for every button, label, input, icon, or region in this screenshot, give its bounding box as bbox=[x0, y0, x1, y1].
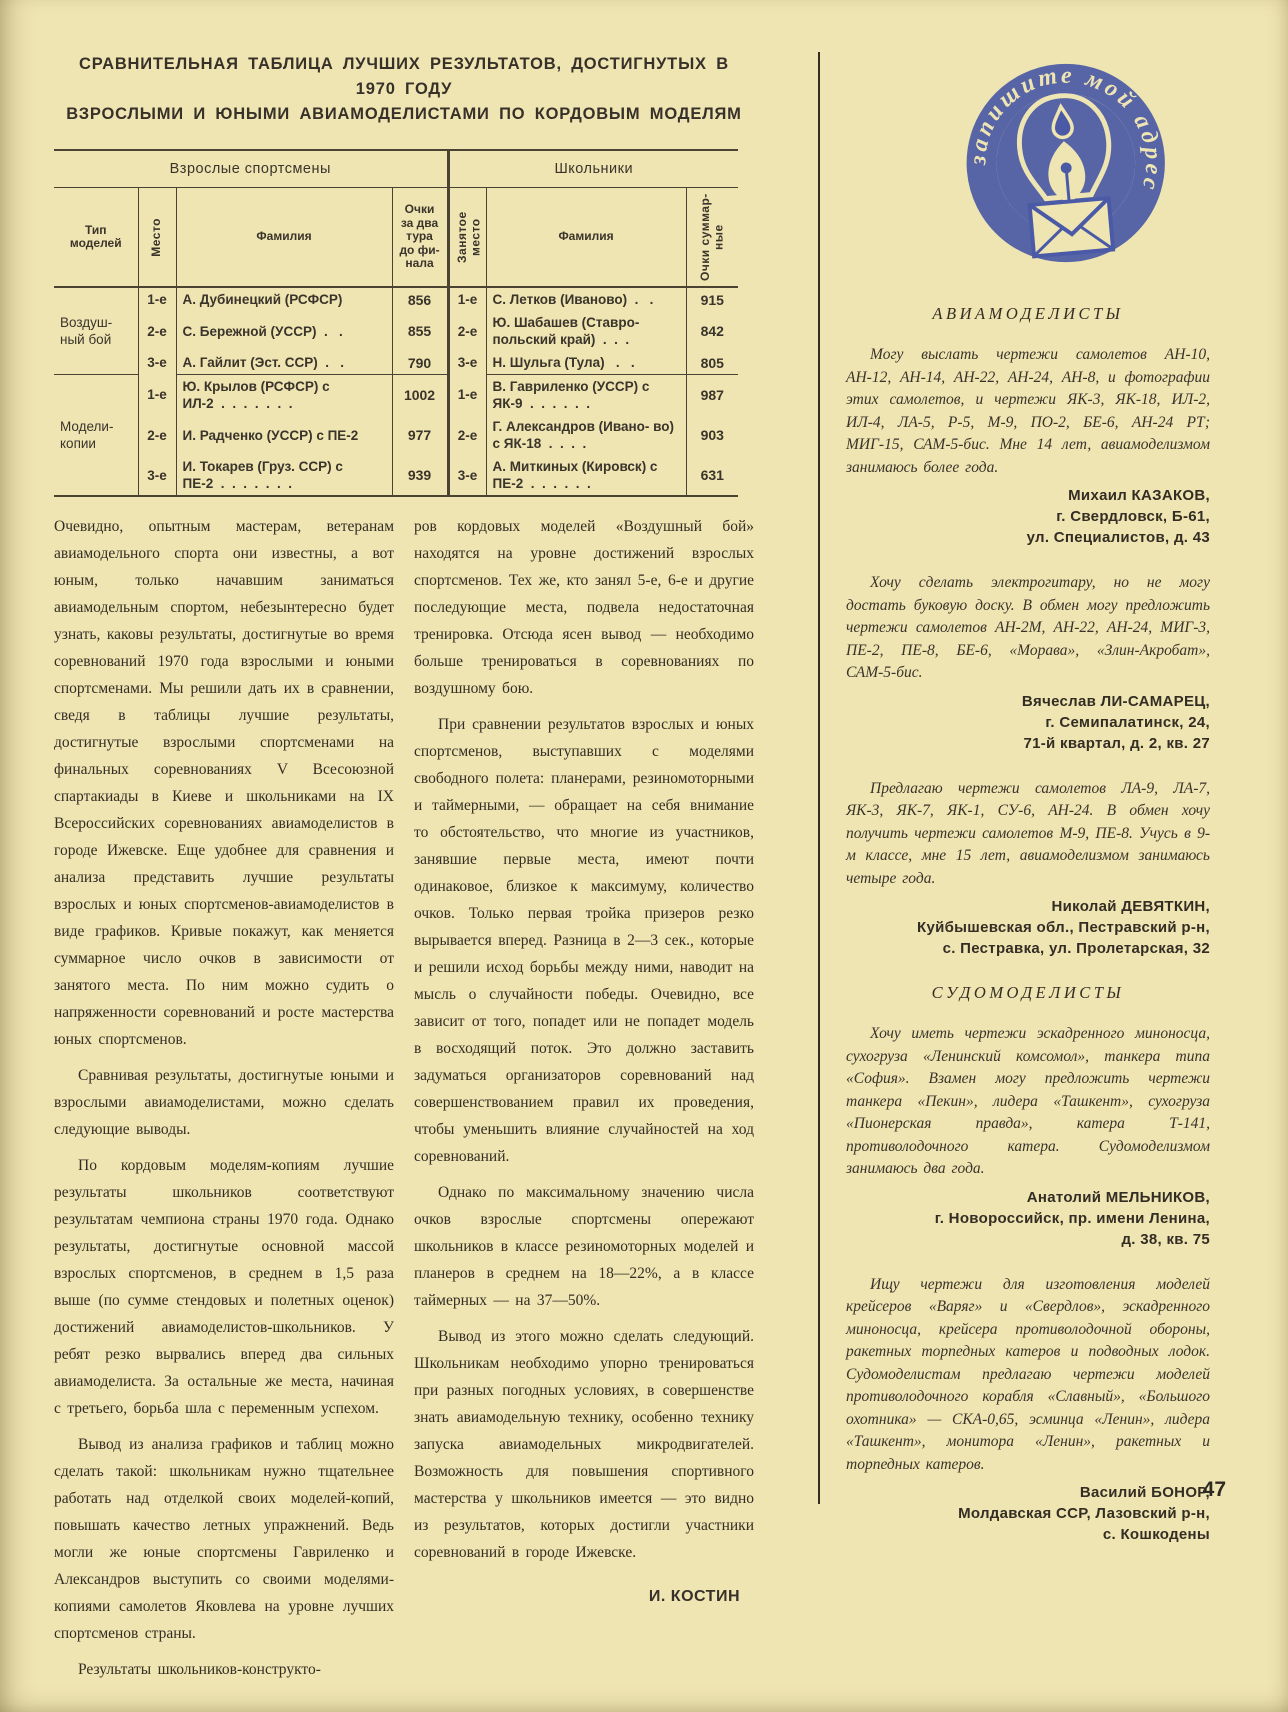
cell-school-score: 631 bbox=[686, 455, 738, 496]
ad-signature-address: 71-й квартал, д. 2, кв. 27 bbox=[846, 733, 1210, 754]
cell-adult-score: 855 bbox=[392, 311, 448, 351]
main-article-zone: СРАВНИТЕЛЬНАЯ ТАБЛИЦА ЛУЧШИХ РЕЗУЛЬТАТОВ… bbox=[54, 52, 754, 1692]
ad-signature-address: г. Семипалатинск, 24, bbox=[846, 712, 1210, 733]
ad-signature-address: г. Свердловск, Б-61, bbox=[846, 506, 1210, 527]
ad-signature-name: Михаил КАЗАКОВ, bbox=[846, 485, 1210, 506]
cell-place: 1-е bbox=[138, 375, 176, 416]
cell-school-place: 2-е bbox=[448, 311, 486, 351]
article-paragraph: Результаты школьников-конструкто- bbox=[54, 1656, 394, 1683]
cell-place: 2-е bbox=[138, 415, 176, 455]
cell-school-name: А. Миткиных (Кировск) с ПЕ-2 . . . . . . bbox=[486, 455, 686, 496]
col-header-surname-adults: Фамилия bbox=[176, 188, 392, 288]
article-paragraph: При сравнении результатов взрослых и юны… bbox=[414, 711, 754, 1170]
cell-adult-score: 977 bbox=[392, 415, 448, 455]
cell-school-place: 2-е bbox=[448, 415, 486, 455]
table-row: 3-е А. Гайлит (Эст. ССР) . . 790 3-е Н. … bbox=[54, 351, 738, 375]
ad-signature-address: с. Пестравка, ул. Пролетарская, 32 bbox=[846, 938, 1210, 959]
col-header-score-school: Очки суммар- ные bbox=[686, 188, 738, 288]
table-row: 2-е И. Радченко (УССР) с ПЕ-2 977 2-е Г.… bbox=[54, 415, 738, 455]
table-row: Воздуш- ный бой 1-е А. Дубинецкий (РСФСР… bbox=[54, 287, 738, 311]
cell-school-score: 915 bbox=[686, 287, 738, 311]
ad-signature-address: с. Кошкодены bbox=[846, 1524, 1210, 1545]
cell-school-place: 1-е bbox=[448, 287, 486, 311]
col-header-score-adults: Очки за два тура до фи- нала bbox=[392, 188, 448, 288]
ad-signature: Вячеслав ЛИ-САМАРЕЦ, г. Семипалатинск, 2… bbox=[846, 691, 1210, 754]
cell-adult-score: 856 bbox=[392, 287, 448, 311]
article-paragraph: Вывод из анализа графиков и таблиц можно… bbox=[54, 1431, 394, 1647]
cell-adult-name: А. Гайлит (Эст. ССР) . . bbox=[176, 351, 392, 375]
cell-school-name: Ю. Шабашев (Ставро- польский край) . . . bbox=[486, 311, 686, 351]
cell-place: 3-е bbox=[138, 455, 176, 496]
article-paragraph: Сравнивая результаты, достигнутые юными … bbox=[54, 1062, 394, 1143]
cell-place: 2-е bbox=[138, 311, 176, 351]
cell-adult-name: С. Бережной (УССР) . . bbox=[176, 311, 392, 351]
ad-signature-address: ул. Специалистов, д. 43 bbox=[846, 527, 1210, 548]
section-heading-aviamodelists: АВИАМОДЕЛИСТЫ bbox=[846, 304, 1210, 324]
ad-signature-name: Николай ДЕВЯТКИН, bbox=[846, 896, 1210, 917]
table-row: 3-е И. Токарев (Груз. ССР) с ПЕ-2 . . . … bbox=[54, 455, 738, 496]
group-header-adults: Взрослые спортсмены bbox=[54, 150, 448, 188]
table-title: СРАВНИТЕЛЬНАЯ ТАБЛИЦА ЛУЧШИХ РЕЗУЛЬТАТОВ… bbox=[64, 52, 744, 127]
cell-school-score: 903 bbox=[686, 415, 738, 455]
ad-signature-address: Молдавская ССР, Лазовский р-н, bbox=[846, 1503, 1210, 1524]
cell-place: 1-е bbox=[138, 287, 176, 311]
ad-signature: Анатолий МЕЛЬНИКОВ, г. Новороссийск, пр.… bbox=[846, 1187, 1210, 1250]
col-header-place: Место bbox=[138, 188, 176, 288]
cell-adult-score: 1002 bbox=[392, 375, 448, 416]
col-header-place-school: Занятое место bbox=[448, 188, 486, 288]
page-columns: СРАВНИТЕЛЬНАЯ ТАБЛИЦА ЛУЧШИХ РЕЗУЛЬТАТОВ… bbox=[54, 52, 1234, 1692]
ad-signature-address: г. Новороссийск, пр. имени Ленина, bbox=[846, 1208, 1210, 1229]
classifieds-zone: запишите мой адрес АВИАМОДЕЛИСТЫ Могу вы… bbox=[818, 52, 1210, 1504]
col-header-surname-school: Фамилия bbox=[486, 188, 686, 288]
envelope-icon bbox=[1030, 198, 1113, 256]
cell-adult-name: А. Дубинецкий (РСФСР) bbox=[176, 287, 392, 311]
ad-signature-name: Василий БОНОР, bbox=[846, 1482, 1210, 1503]
cell-model-type: Модели- копии bbox=[54, 375, 138, 497]
ad-signature-name: Анатолий МЕЛЬНИКОВ, bbox=[846, 1187, 1210, 1208]
article-column-middle: ров кордовых моделей «Воздушный бой» нах… bbox=[414, 513, 754, 1692]
article-body: Очевидно, опытным мастерам, ветеранам ав… bbox=[54, 513, 754, 1692]
article-column-left: Очевидно, опытным мастерам, ветеранам ав… bbox=[54, 513, 394, 1692]
cell-school-name: В. Гавриленко (УССР) с ЯК-9 . . . . . . bbox=[486, 375, 686, 416]
cell-place: 3-е bbox=[138, 351, 176, 375]
ad-signature-address: Куйбышевская обл., Пестравский р-н, bbox=[846, 917, 1210, 938]
table-title-line2: ВЗРОСЛЫМИ И ЮНЫМИ АВИАМОДЕЛИСТАМИ ПО КОР… bbox=[64, 102, 744, 127]
table-row: Модели- копии 1-е Ю. Крылов (РСФСР) с ИЛ… bbox=[54, 375, 738, 416]
cell-adult-name: Ю. Крылов (РСФСР) с ИЛ-2 . . . . . . . bbox=[176, 375, 392, 416]
cell-adult-name: И. Радченко (УССР) с ПЕ-2 bbox=[176, 415, 392, 455]
ad-signature: Николай ДЕВЯТКИН, Куйбышевская обл., Пес… bbox=[846, 896, 1210, 959]
table-column-header-row: Тип моделей Место Фамилия Очки за два ту… bbox=[54, 188, 738, 288]
col-header-type: Тип моделей bbox=[54, 188, 138, 288]
ad-signature-address: д. 38, кв. 75 bbox=[846, 1229, 1210, 1250]
magazine-page: СРАВНИТЕЛЬНАЯ ТАБЛИЦА ЛУЧШИХ РЕЗУЛЬТАТОВ… bbox=[0, 0, 1288, 1712]
classified-ad: Ищу чертежи для изготовления моделей кре… bbox=[846, 1274, 1210, 1477]
classified-ad: Хочу сделать электрогитару, но не могу д… bbox=[846, 572, 1210, 685]
article-paragraph: Однако по максимальному значению числа о… bbox=[414, 1179, 754, 1314]
cell-school-score: 805 bbox=[686, 351, 738, 375]
classified-ad: Хочу иметь чертежи эскадренного миноносц… bbox=[846, 1023, 1210, 1181]
address-stamp-logo: запишите мой адрес bbox=[952, 52, 1180, 280]
cell-adult-score: 939 bbox=[392, 455, 448, 496]
table-title-line1: СРАВНИТЕЛЬНАЯ ТАБЛИЦА ЛУЧШИХ РЕЗУЛЬТАТОВ… bbox=[64, 52, 744, 102]
ad-signature: Василий БОНОР, Молдавская ССР, Лазовский… bbox=[846, 1482, 1210, 1545]
ad-signature-name: Вячеслав ЛИ-САМАРЕЦ, bbox=[846, 691, 1210, 712]
article-paragraph: Очевидно, опытным мастерам, ветеранам ав… bbox=[54, 513, 394, 1053]
results-table: Взрослые спортсмены Школьники Тип моделе… bbox=[54, 149, 738, 497]
classified-ad: Могу выслать чертежи самолетов АН-10, АН… bbox=[846, 344, 1210, 479]
cell-model-type: Воздуш- ный бой bbox=[54, 287, 138, 375]
cell-adult-name: И. Токарев (Груз. ССР) с ПЕ-2 . . . . . … bbox=[176, 455, 392, 496]
cell-adult-score: 790 bbox=[392, 351, 448, 375]
cell-school-name: С. Летков (Иваново) . . bbox=[486, 287, 686, 311]
article-paragraph: По кордовым моделям-копиям лучшие резуль… bbox=[54, 1152, 394, 1422]
article-author: И. КОСТИН bbox=[414, 1588, 754, 1606]
article-paragraph: Вывод из этого можно сделать следующий. … bbox=[414, 1323, 754, 1566]
cell-school-score: 987 bbox=[686, 375, 738, 416]
cell-school-place: 3-е bbox=[448, 455, 486, 496]
cell-school-place: 3-е bbox=[448, 351, 486, 375]
cell-school-place: 1-е bbox=[448, 375, 486, 416]
table-group-header-row: Взрослые спортсмены Школьники bbox=[54, 150, 738, 188]
cell-school-name: Н. Шульга (Тула) . . bbox=[486, 351, 686, 375]
section-heading-shipmodelists: СУДОМОДЕЛИСТЫ bbox=[846, 983, 1210, 1003]
page-number: 47 bbox=[1203, 1478, 1226, 1502]
article-paragraph: ров кордовых моделей «Воздушный бой» нах… bbox=[414, 513, 754, 702]
group-header-schoolchildren: Школьники bbox=[448, 150, 738, 188]
cell-school-name: Г. Александров (Ивано- во) с ЯК-18 . . .… bbox=[486, 415, 686, 455]
classified-ad: Предлагаю чертежи самолетов ЛА-9, ЛА-7, … bbox=[846, 778, 1210, 891]
ad-signature: Михаил КАЗАКОВ, г. Свердловск, Б-61, ул.… bbox=[846, 485, 1210, 548]
cell-school-score: 842 bbox=[686, 311, 738, 351]
table-row: 2-е С. Бережной (УССР) . . 855 2-е Ю. Ша… bbox=[54, 311, 738, 351]
